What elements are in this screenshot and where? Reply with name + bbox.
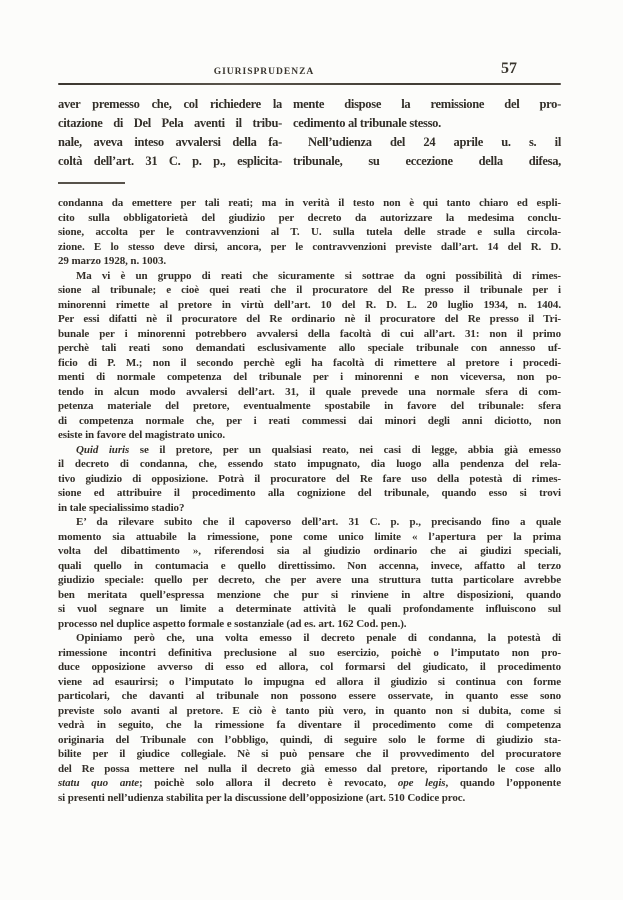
- body-text-line: cedimento al tribunale stesso.: [293, 114, 561, 133]
- footnote-text-line: quali quello in contumacia e quello dire…: [58, 559, 561, 574]
- footnote-text-line: Ma vi è un gruppo di reati che sicuramen…: [58, 269, 561, 284]
- footnote-separator-rule: [58, 182, 125, 184]
- footnote-text-line: minorenni rimette al pretore in virtù de…: [58, 298, 561, 313]
- footnote-text-line: petenza materiale del pretore, eventualm…: [58, 399, 561, 414]
- footnote-text-line: menti di normale competenza del tribunal…: [58, 370, 561, 385]
- footnote-text-line: sione ed attribuire il procedimento alla…: [58, 486, 561, 501]
- footnote-text-line: vedrà in seguito, che la rimessione fa d…: [58, 718, 561, 733]
- body-text-line: citazione di Del Pela aventi il tribu-: [58, 114, 282, 133]
- footnote-text-line: previste solo avanti al pretore. E ciò è…: [58, 704, 561, 719]
- body-text-line: aver premesso che, col richiedere la: [58, 95, 282, 114]
- body-column-right: mente dispose la remissione del pro-cedi…: [293, 95, 561, 171]
- header-rule: [58, 83, 561, 85]
- footnote-text-line: Opiniamo però che, una volta emesso il d…: [58, 631, 561, 646]
- footnote-text-line: bilite per il giudice collegiale. Nè si …: [58, 747, 561, 762]
- footnote-text-line: duce opposizione avverso di esso ed allo…: [58, 660, 561, 675]
- footnote-block: condanna da emettere per tali reati; ma …: [58, 196, 561, 805]
- body-column-left: aver premesso che, col richiedere lacita…: [58, 95, 282, 171]
- footnote-text-line: si presenti nell’udienza stabilita per l…: [58, 791, 561, 806]
- footnote-text-line: di competenza normale che, per i reati c…: [58, 414, 561, 429]
- footnote-text-line: 29 marzo 1928, n. 1003.: [58, 254, 561, 269]
- footnote-text-line: sione, accolta per le contravvenzioni al…: [58, 225, 561, 240]
- footnote-text-line: particolari, che davanti al tribunale no…: [58, 689, 561, 704]
- footnote-text-line: esiste in favore del magistrato unico.: [58, 428, 561, 443]
- footnote-text-line: il decreto di condanna, che, essendo sta…: [58, 457, 561, 472]
- footnote-text-line: tivo giudizio di opposizione. Potrà il p…: [58, 472, 561, 487]
- footnote-text-line: condanna da emettere per tali reati; ma …: [58, 196, 561, 211]
- footnote-text-line: si vuol segnare un limite a determinate …: [58, 602, 561, 617]
- footnote-text-line: cito sulla obbligatorietà del giudizio p…: [58, 211, 561, 226]
- footnote-text-line: ben meritata quell’espressa menzione che…: [58, 588, 561, 603]
- footnote-text-line: bunale per i minorenni potrebbero avvale…: [58, 327, 561, 342]
- footnote-text-line: del Re possa mettere nel nulla il decret…: [58, 762, 561, 777]
- running-title: GIURISPRUDENZA: [214, 67, 315, 77]
- footnote-text-line: zione. E lo stesso deve dirsi, ancora, p…: [58, 240, 561, 255]
- footnote-text-line: volta del dibattimento », riferendosi si…: [58, 544, 561, 559]
- footnote-text-line: processo nel duplice aspetto formale e s…: [58, 617, 561, 632]
- footnote-text-line: statu quo ante; poichè solo allora il de…: [58, 776, 561, 791]
- body-text-line: mente dispose la remissione del pro-: [293, 95, 561, 114]
- footnote-text-line: rimessione incontri definitiva preclusio…: [58, 646, 561, 661]
- footnote-text-line: Per essi difatti nè il procuratore del R…: [58, 312, 561, 327]
- page-number: 57: [501, 60, 517, 78]
- footnote-text-line: perchè tali reati sono demandati esclusi…: [58, 341, 561, 356]
- footnote-text-line: tendo in alcun modo avvalersi dell’art. …: [58, 385, 561, 400]
- body-text-line: coltà dell’art. 31 C. p. p., esplicita-: [58, 152, 282, 171]
- body-text-line: tribunale, su eccezione della difesa,: [293, 152, 561, 171]
- footnote-text-line: giudizio speciale: quello per decreto, c…: [58, 573, 561, 588]
- footnote-text-line: E’ da rilevare subito che il capoverso d…: [58, 515, 561, 530]
- footnote-text-line: viene ad esaurirsi; o l’imputato lo impu…: [58, 675, 561, 690]
- footnote-text-line: Quid iuris se il pretore, per un qualsia…: [58, 443, 561, 458]
- page-header: GIURISPRUDENZA 57: [58, 60, 561, 84]
- footnote-text-line: sione al tribunale; e cioè quei reati ch…: [58, 283, 561, 298]
- body-text-line: Nell’udienza del 24 aprile u. s. il: [293, 133, 561, 152]
- scanned-page: GIURISPRUDENZA 57 aver premesso che, col…: [0, 0, 623, 900]
- footnote-text-line: momento sia attuabile la rimessione, pon…: [58, 530, 561, 545]
- footnote-text-line: originaria del Tribunale con l’obbligo, …: [58, 733, 561, 748]
- footnote-text-line: ficio di P. M.; non il secondo perchè eg…: [58, 356, 561, 371]
- footnote-text-line: in tale specialissimo stadio?: [58, 501, 561, 516]
- body-text-line: nale, aveva inteso avvalersi della fa-: [58, 133, 282, 152]
